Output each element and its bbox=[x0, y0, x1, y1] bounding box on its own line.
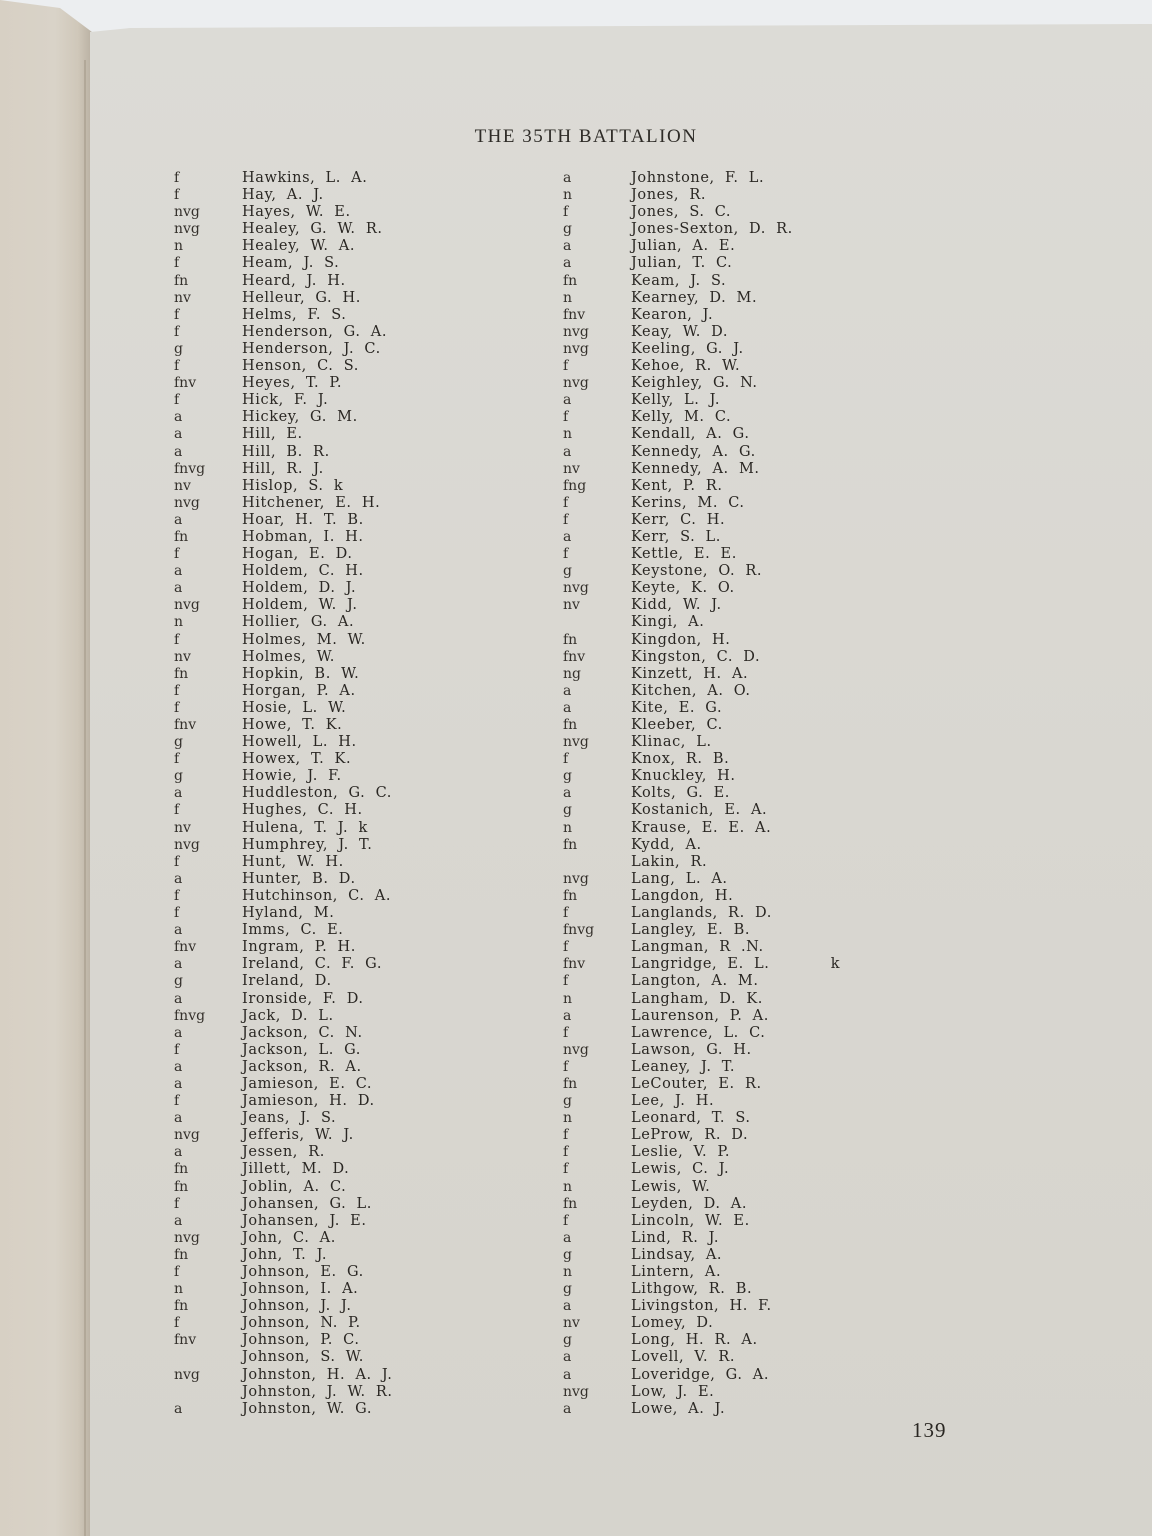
service-code: n bbox=[174, 238, 234, 255]
soldier-name: Livingston, H. F. bbox=[631, 1298, 772, 1315]
soldier-name: Loveridge, G. A. bbox=[631, 1367, 769, 1384]
soldier-name: Jackson, R. A. bbox=[242, 1059, 362, 1076]
service-code: nvg bbox=[174, 1230, 234, 1247]
service-code: g bbox=[563, 1247, 623, 1264]
soldier-name: Hoar, H. T. B. bbox=[242, 512, 364, 529]
soldier-name: Johnson, I. A. bbox=[242, 1281, 358, 1298]
service-code: f bbox=[174, 187, 234, 204]
soldier-name: Johnson, S. W. bbox=[242, 1349, 364, 1366]
soldier-name: Hulena, T. J. k bbox=[242, 820, 368, 837]
soldier-name: Jillett, M. D. bbox=[242, 1161, 349, 1178]
soldier-name: Hickey, G. M. bbox=[242, 409, 358, 426]
soldier-name: Laurenson, P. A. bbox=[631, 1008, 769, 1025]
soldier-name: Jessen, R. bbox=[242, 1144, 325, 1161]
service-code: a bbox=[563, 1367, 623, 1384]
soldier-name: Kidd, W. J. bbox=[631, 597, 722, 614]
service-code: fnvg bbox=[174, 1008, 234, 1025]
soldier-name: Jones, R. bbox=[631, 187, 706, 204]
service-code: a bbox=[563, 1230, 623, 1247]
service-code: nvg bbox=[563, 1384, 623, 1401]
service-code: fnv bbox=[563, 307, 623, 324]
soldier-name: Low, J. E. bbox=[631, 1384, 714, 1401]
soldier-name: Johnson, N. P. bbox=[242, 1315, 361, 1332]
soldier-name: Huddleston, G. C. bbox=[242, 785, 392, 802]
service-code: g bbox=[563, 1281, 623, 1298]
soldier-name: Leslie, V. P. bbox=[631, 1144, 730, 1161]
service-code: a bbox=[563, 1349, 623, 1366]
service-code: nvg bbox=[174, 221, 234, 238]
service-code: nv bbox=[174, 820, 234, 837]
soldier-name: Healey, W. A. bbox=[242, 238, 355, 255]
left-page-edge bbox=[0, 0, 92, 1536]
soldier-name: Jones-Sexton, D. R. bbox=[631, 221, 793, 238]
soldier-name: Kennedy, A. M. bbox=[631, 461, 760, 478]
soldier-name: Howe, T. K. bbox=[242, 717, 342, 734]
service-code: a bbox=[563, 1008, 623, 1025]
service-code: a bbox=[563, 1298, 623, 1315]
service-code: a bbox=[174, 1025, 234, 1042]
service-code: nv bbox=[174, 290, 234, 307]
soldier-name: Kettle, E. E. bbox=[631, 546, 737, 563]
service-code: a bbox=[174, 444, 234, 461]
soldier-name: Lakin, R. bbox=[631, 854, 707, 871]
service-code: f bbox=[563, 973, 623, 990]
soldier-name: Jackson, C. N. bbox=[242, 1025, 363, 1042]
service-code: f bbox=[174, 854, 234, 871]
service-code: fn bbox=[563, 1196, 623, 1213]
soldier-name: Johnson, J. J. bbox=[242, 1298, 352, 1315]
soldier-name: Kearney, D. M. bbox=[631, 290, 757, 307]
service-code: fn bbox=[563, 632, 623, 649]
soldier-name: Hill, R. J. bbox=[242, 461, 324, 478]
service-code: fn bbox=[563, 717, 623, 734]
soldier-name: Johnston, J. W. R. bbox=[242, 1384, 393, 1401]
soldier-name: Langridge, E. L. k bbox=[631, 956, 840, 973]
soldier-name: Jamieson, H. D. bbox=[242, 1093, 375, 1110]
soldier-name: Imms, C. E. bbox=[242, 922, 343, 939]
service-code: f bbox=[563, 358, 623, 375]
service-code: a bbox=[174, 409, 234, 426]
service-code: n bbox=[563, 1179, 623, 1196]
soldier-name: Helms, F. S. bbox=[242, 307, 347, 324]
service-code: fnv bbox=[174, 375, 234, 392]
soldier-name: Lind, R. J. bbox=[631, 1230, 719, 1247]
service-code: n bbox=[563, 1110, 623, 1127]
service-code: f bbox=[174, 1196, 234, 1213]
soldier-name: Kostanich, E. A. bbox=[631, 802, 767, 819]
service-code: f bbox=[174, 358, 234, 375]
service-code: a bbox=[563, 170, 623, 187]
service-code: f bbox=[174, 632, 234, 649]
soldier-name: Langton, A. M. bbox=[631, 973, 759, 990]
page-heading: THE 35TH BATTALION bbox=[0, 126, 1152, 148]
soldier-name: Hopkin, B. W. bbox=[242, 666, 359, 683]
service-code: f bbox=[174, 888, 234, 905]
service-code: f bbox=[174, 170, 234, 187]
service-code: f bbox=[174, 700, 234, 717]
service-code: a bbox=[174, 1110, 234, 1127]
soldier-name: Hick, F. J. bbox=[242, 392, 328, 409]
service-code: a bbox=[174, 1213, 234, 1230]
soldier-name: Lithgow, R. B. bbox=[631, 1281, 752, 1298]
service-code: fn bbox=[174, 1247, 234, 1264]
soldier-name: Knuckley, H. bbox=[631, 768, 736, 785]
service-code: f bbox=[563, 512, 623, 529]
service-code: a bbox=[563, 700, 623, 717]
soldier-name: Hunter, B. D. bbox=[242, 871, 356, 888]
service-code: f bbox=[563, 1025, 623, 1042]
service-code: a bbox=[174, 922, 234, 939]
soldier-name: Howex, T. K. bbox=[242, 751, 351, 768]
service-code: g bbox=[174, 973, 234, 990]
service-code: f bbox=[174, 1093, 234, 1110]
service-code: a bbox=[174, 991, 234, 1008]
service-code: f bbox=[174, 751, 234, 768]
soldier-name: Keam, J. S. bbox=[631, 273, 726, 290]
soldier-name: Lomey, D. bbox=[631, 1315, 713, 1332]
soldier-name: Joblin, A. C. bbox=[242, 1179, 346, 1196]
soldier-name: Hill, B. R. bbox=[242, 444, 330, 461]
soldier-name: Lewis, C. J. bbox=[631, 1161, 729, 1178]
soldier-name: Hitchener, E. H. bbox=[242, 495, 380, 512]
soldier-name: Lintern, A. bbox=[631, 1264, 721, 1281]
service-code: nvg bbox=[174, 1127, 234, 1144]
service-code: nv bbox=[174, 649, 234, 666]
service-code: a bbox=[174, 580, 234, 597]
soldier-name: Lang, L. A. bbox=[631, 871, 728, 888]
service-code: f bbox=[174, 1264, 234, 1281]
book-gutter bbox=[84, 60, 86, 1536]
service-code: nv bbox=[563, 461, 623, 478]
service-code: n bbox=[563, 426, 623, 443]
soldier-name: Kinzett, H. A. bbox=[631, 666, 748, 683]
soldier-name: Lawson, G. H. bbox=[631, 1042, 752, 1059]
soldier-name: Kingi, A. bbox=[631, 614, 704, 631]
soldier-name: Kleeber, C. bbox=[631, 717, 723, 734]
soldier-name: Keay, W. D. bbox=[631, 324, 728, 341]
soldier-name: Keyte, K. O. bbox=[631, 580, 735, 597]
soldier-name: Kerins, M. C. bbox=[631, 495, 745, 512]
page-number: 139 bbox=[912, 1418, 947, 1443]
service-code: n bbox=[563, 820, 623, 837]
soldier-name: Kelly, L. J. bbox=[631, 392, 720, 409]
soldier-name: Kearon, J. bbox=[631, 307, 713, 324]
soldier-name: Hill, E. bbox=[242, 426, 303, 443]
service-code: g bbox=[563, 1093, 623, 1110]
soldier-name: Heam, J. S. bbox=[242, 255, 339, 272]
soldier-name: Ironside, F. D. bbox=[242, 991, 364, 1008]
soldier-name: Lovell, V. R. bbox=[631, 1349, 735, 1366]
soldier-name: John, C. A. bbox=[242, 1230, 336, 1247]
service-code: a bbox=[563, 444, 623, 461]
service-code: f bbox=[563, 409, 623, 426]
service-code: f bbox=[563, 751, 623, 768]
service-code: g bbox=[563, 768, 623, 785]
service-code: f bbox=[563, 495, 623, 512]
soldier-name: Ingram, P. H. bbox=[242, 939, 356, 956]
soldier-name: Jeans, J. S. bbox=[242, 1110, 336, 1127]
soldier-name: Kerr, C. H. bbox=[631, 512, 725, 529]
soldier-name: John, T. J. bbox=[242, 1247, 327, 1264]
soldier-name: LeCouter, E. R. bbox=[631, 1076, 762, 1093]
service-code: a bbox=[174, 512, 234, 529]
soldier-name: Leonard, T. S. bbox=[631, 1110, 751, 1127]
service-code: nvg bbox=[174, 597, 234, 614]
soldier-name: Holdem, W. J. bbox=[242, 597, 358, 614]
service-code: f bbox=[563, 905, 623, 922]
soldier-name: Helleur, G. H. bbox=[242, 290, 361, 307]
soldier-name: Holmes, W. bbox=[242, 649, 335, 666]
service-code: a bbox=[563, 683, 623, 700]
service-code: n bbox=[174, 1281, 234, 1298]
soldier-name: Jack, D. L. bbox=[242, 1008, 334, 1025]
soldier-name: Kite, E. G. bbox=[631, 700, 722, 717]
soldier-name: Jefferis, W. J. bbox=[242, 1127, 354, 1144]
service-code: nv bbox=[174, 478, 234, 495]
soldier-name: Kelly, M. C. bbox=[631, 409, 731, 426]
soldier-name: Keystone, O. R. bbox=[631, 563, 762, 580]
service-code: fnv bbox=[174, 717, 234, 734]
soldier-name: Langman, R .N. bbox=[631, 939, 764, 956]
soldier-name: Kennedy, A. G. bbox=[631, 444, 756, 461]
soldier-name: Kendall, A. G. bbox=[631, 426, 750, 443]
soldier-name: Julian, A. E. bbox=[631, 238, 735, 255]
soldier-name: Lee, J. H. bbox=[631, 1093, 714, 1110]
soldier-name: Holmes, M. W. bbox=[242, 632, 366, 649]
soldier-name: Johansen, J. E. bbox=[242, 1213, 367, 1230]
soldier-name: Langley, E. B. bbox=[631, 922, 750, 939]
soldier-name: Lindsay, A. bbox=[631, 1247, 722, 1264]
service-code: a bbox=[174, 785, 234, 802]
soldier-name: Krause, E. E. A. bbox=[631, 820, 771, 837]
soldier-name: Ireland, D. bbox=[242, 973, 332, 990]
soldier-name: Julian, T. C. bbox=[631, 255, 732, 272]
service-code: nvg bbox=[563, 324, 623, 341]
service-code: nvg bbox=[563, 734, 623, 751]
soldier-name: Hislop, S. k bbox=[242, 478, 343, 495]
soldier-name: Keighley, G. N. bbox=[631, 375, 758, 392]
service-code: nvg bbox=[563, 1042, 623, 1059]
soldier-name: LeProw, R. D. bbox=[631, 1127, 748, 1144]
service-code: f bbox=[174, 307, 234, 324]
soldier-name: Lincoln, W. E. bbox=[631, 1213, 750, 1230]
service-code: fn bbox=[563, 837, 623, 854]
service-code: a bbox=[174, 426, 234, 443]
service-code: fnv bbox=[174, 1332, 234, 1349]
service-code: fn bbox=[563, 273, 623, 290]
soldier-name: Langdon, H. bbox=[631, 888, 733, 905]
soldier-name: Kingdon, H. bbox=[631, 632, 731, 649]
service-code: fn bbox=[174, 1161, 234, 1178]
service-code: fnvg bbox=[174, 461, 234, 478]
service-code: fnv bbox=[563, 649, 623, 666]
service-code: a bbox=[174, 1144, 234, 1161]
service-code: a bbox=[563, 1401, 623, 1418]
service-code: g bbox=[174, 341, 234, 358]
service-code: f bbox=[174, 683, 234, 700]
service-code: f bbox=[563, 1127, 623, 1144]
service-code: f bbox=[174, 1042, 234, 1059]
service-code: a bbox=[563, 392, 623, 409]
service-code: a bbox=[174, 1076, 234, 1093]
service-code: fn bbox=[174, 1298, 234, 1315]
soldier-name: Hosie, L. W. bbox=[242, 700, 346, 717]
soldier-name: Langlands, R. D. bbox=[631, 905, 772, 922]
service-code: fn bbox=[174, 529, 234, 546]
soldier-name: Johnstone, F. L. bbox=[631, 170, 764, 187]
service-code: f bbox=[563, 1161, 623, 1178]
soldier-name: Heyes, T. P. bbox=[242, 375, 342, 392]
service-code: f bbox=[563, 1059, 623, 1076]
soldier-name: Hay, A. J. bbox=[242, 187, 324, 204]
soldier-name: Henson, C. S. bbox=[242, 358, 359, 375]
soldier-name: Henderson, J. C. bbox=[242, 341, 381, 358]
service-code: f bbox=[174, 255, 234, 272]
soldier-name: Klinac, L. bbox=[631, 734, 712, 751]
service-code: g bbox=[563, 802, 623, 819]
soldier-name: Hobman, I. H. bbox=[242, 529, 364, 546]
soldier-name: Kerr, S. L. bbox=[631, 529, 721, 546]
service-code: g bbox=[174, 768, 234, 785]
soldier-name: Johnston, W. G. bbox=[242, 1401, 372, 1418]
service-code: n bbox=[174, 614, 234, 631]
soldier-name: Kehoe, R. W. bbox=[631, 358, 740, 375]
soldier-name: Holdem, D. J. bbox=[242, 580, 356, 597]
service-code: fn bbox=[174, 666, 234, 683]
service-code: a bbox=[174, 1059, 234, 1076]
service-code: f bbox=[174, 546, 234, 563]
service-code: g bbox=[563, 1332, 623, 1349]
soldier-name: Lawrence, L. C. bbox=[631, 1025, 766, 1042]
soldier-name: Johansen, G. L. bbox=[242, 1196, 372, 1213]
service-code: fn bbox=[174, 1179, 234, 1196]
soldier-name: Leaney, J. T. bbox=[631, 1059, 735, 1076]
service-code: fnv bbox=[563, 956, 623, 973]
service-code: nv bbox=[563, 1315, 623, 1332]
service-code: nvg bbox=[174, 495, 234, 512]
soldier-name: Hyland, M. bbox=[242, 905, 334, 922]
soldier-name: Kolts, G. E. bbox=[631, 785, 730, 802]
service-code: a bbox=[563, 255, 623, 272]
soldier-name: Hunt, W. H. bbox=[242, 854, 344, 871]
soldier-name: Jamieson, E. C. bbox=[242, 1076, 372, 1093]
service-code: a bbox=[563, 529, 623, 546]
service-code: fng bbox=[563, 478, 623, 495]
soldier-name: Jackson, L. G. bbox=[242, 1042, 361, 1059]
soldier-name: Ireland, C. F. G. bbox=[242, 956, 382, 973]
soldier-name: Heard, J. H. bbox=[242, 273, 346, 290]
soldier-name: Keeling, G. J. bbox=[631, 341, 744, 358]
service-code: f bbox=[174, 392, 234, 409]
service-code: nvg bbox=[563, 580, 623, 597]
soldier-name: Leyden, D. A. bbox=[631, 1196, 747, 1213]
service-code: f bbox=[563, 1144, 623, 1161]
service-code: f bbox=[563, 939, 623, 956]
soldier-name: Johnston, H. A. J. bbox=[242, 1367, 392, 1384]
soldier-name: Hutchinson, C. A. bbox=[242, 888, 391, 905]
service-code: fn bbox=[563, 1076, 623, 1093]
service-code: f bbox=[563, 204, 623, 221]
soldier-name: Henderson, G. A. bbox=[242, 324, 387, 341]
service-code: nvg bbox=[174, 204, 234, 221]
service-code: n bbox=[563, 991, 623, 1008]
service-code: n bbox=[563, 1264, 623, 1281]
soldier-name: Kitchen, A. O. bbox=[631, 683, 751, 700]
service-code: nvg bbox=[174, 1367, 234, 1384]
service-code: fnvg bbox=[563, 922, 623, 939]
service-code: nvg bbox=[563, 871, 623, 888]
soldier-name: Howell, L. H. bbox=[242, 734, 357, 751]
soldier-name: Kydd, A. bbox=[631, 837, 702, 854]
soldier-name: Hawkins, L. A. bbox=[242, 170, 367, 187]
soldier-name: Johnson, E. G. bbox=[242, 1264, 364, 1281]
service-code: f bbox=[563, 546, 623, 563]
service-code: n bbox=[563, 290, 623, 307]
service-code: fn bbox=[563, 888, 623, 905]
service-code: nvg bbox=[563, 341, 623, 358]
service-code: g bbox=[563, 221, 623, 238]
service-code: fnv bbox=[174, 939, 234, 956]
soldier-name: Long, H. R. A. bbox=[631, 1332, 758, 1349]
soldier-name: Humphrey, J. T. bbox=[242, 837, 372, 854]
service-code: g bbox=[563, 563, 623, 580]
service-code: f bbox=[563, 1213, 623, 1230]
service-code: f bbox=[174, 905, 234, 922]
service-code: a bbox=[563, 785, 623, 802]
soldier-name: Jones, S. C. bbox=[631, 204, 731, 221]
soldier-name: Lowe, A. J. bbox=[631, 1401, 725, 1418]
soldier-name: Hayes, W. E. bbox=[242, 204, 351, 221]
service-code: g bbox=[174, 734, 234, 751]
soldier-name: Howie, J. F. bbox=[242, 768, 342, 785]
service-code: f bbox=[174, 324, 234, 341]
service-code: nvg bbox=[563, 375, 623, 392]
service-code: a bbox=[174, 1401, 234, 1418]
service-code: a bbox=[563, 238, 623, 255]
service-code: f bbox=[174, 802, 234, 819]
soldier-name: Kingston, C. D. bbox=[631, 649, 760, 666]
soldier-name: Hollier, G. A. bbox=[242, 614, 354, 631]
soldier-name: Langham, D. K. bbox=[631, 991, 763, 1008]
soldier-name: Lewis, W. bbox=[631, 1179, 710, 1196]
soldier-name: Hughes, C. H. bbox=[242, 802, 363, 819]
service-code: fn bbox=[174, 273, 234, 290]
soldier-name: Hogan, E. D. bbox=[242, 546, 353, 563]
service-code: a bbox=[174, 563, 234, 580]
service-code: a bbox=[174, 956, 234, 973]
service-code: ng bbox=[563, 666, 623, 683]
service-code: nv bbox=[563, 597, 623, 614]
soldier-name: Holdem, C. H. bbox=[242, 563, 364, 580]
soldier-name: Kent, P. R. bbox=[631, 478, 723, 495]
soldier-name: Knox, R. B. bbox=[631, 751, 729, 768]
soldier-name: Healey, G. W. R. bbox=[242, 221, 383, 238]
service-code: n bbox=[563, 187, 623, 204]
soldier-name: Horgan, P. A. bbox=[242, 683, 356, 700]
service-code: nvg bbox=[174, 837, 234, 854]
soldier-name: Johnson, P. C. bbox=[242, 1332, 360, 1349]
service-code: a bbox=[174, 871, 234, 888]
service-code: f bbox=[174, 1315, 234, 1332]
